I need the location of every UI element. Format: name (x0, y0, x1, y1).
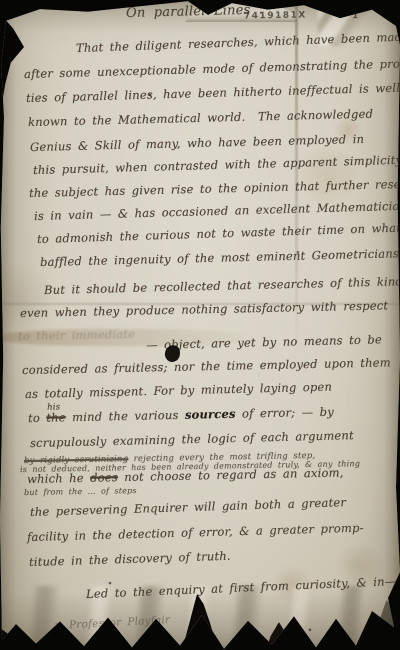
manuscript-photo: On parallel Lines . 7419181X 1 That the … (0, 0, 400, 650)
body-line: the subject has given rise to the opinio… (29, 177, 400, 201)
text-fragment: to (28, 411, 47, 425)
body-line: titude in the discovery of truth. (29, 550, 231, 570)
vertical-crease (295, 0, 298, 348)
body-line: the persevering Enquirer will gain both … (30, 496, 346, 520)
body-line: to admonish the curious not to waste the… (37, 221, 400, 247)
body-line: — object, are yet by no means to be (146, 333, 382, 353)
text-fragment: of error; — by (235, 405, 334, 421)
text-fragment: mind the various (66, 408, 185, 424)
body-line: as totally misspent. For by minutely lay… (25, 380, 332, 401)
body-line: But it should be recollected that resear… (44, 275, 400, 298)
erased-text: to their immediate (18, 328, 135, 344)
catalog-stamp: 7419181X (244, 10, 307, 21)
correction-group: histhe (46, 410, 66, 424)
body-line: known to the Mathematical world. The ack… (28, 108, 373, 130)
struck-word: does (90, 470, 118, 485)
overwritten-word: sources (185, 407, 236, 422)
body-line: considered as fruitless; nor the time em… (22, 356, 391, 378)
torn-corner-shadow (0, 12, 24, 104)
body-line: is in vain — & has occasioned an excelle… (34, 200, 400, 224)
body-line: after some unexceptionable mode of demon… (24, 57, 400, 82)
page-number: 1 (352, 7, 360, 22)
body-line: facility in the detection of error, & a … (27, 522, 364, 545)
text-fragment: which he (27, 471, 90, 486)
body-line: scrupulously examining the logic of each… (30, 429, 354, 451)
revision-line: but from the … of steps (24, 486, 137, 498)
body-line: baffled the ingenuity of the most eminen… (40, 247, 400, 270)
body-line: That the diligent researches, which have… (76, 30, 400, 55)
paper-sheet: On parallel Lines . 7419181X 1 That the … (0, 0, 400, 650)
body-line-with-correction: to histhe mind the various sources of er… (28, 406, 334, 426)
body-line: Genius & Skill of many, who have been em… (30, 133, 364, 155)
body-line: this pursuit, when contrasted with the a… (33, 153, 400, 178)
inserted-word: his (47, 402, 60, 412)
body-line: ties of parallel lines, have been hither… (26, 82, 400, 106)
